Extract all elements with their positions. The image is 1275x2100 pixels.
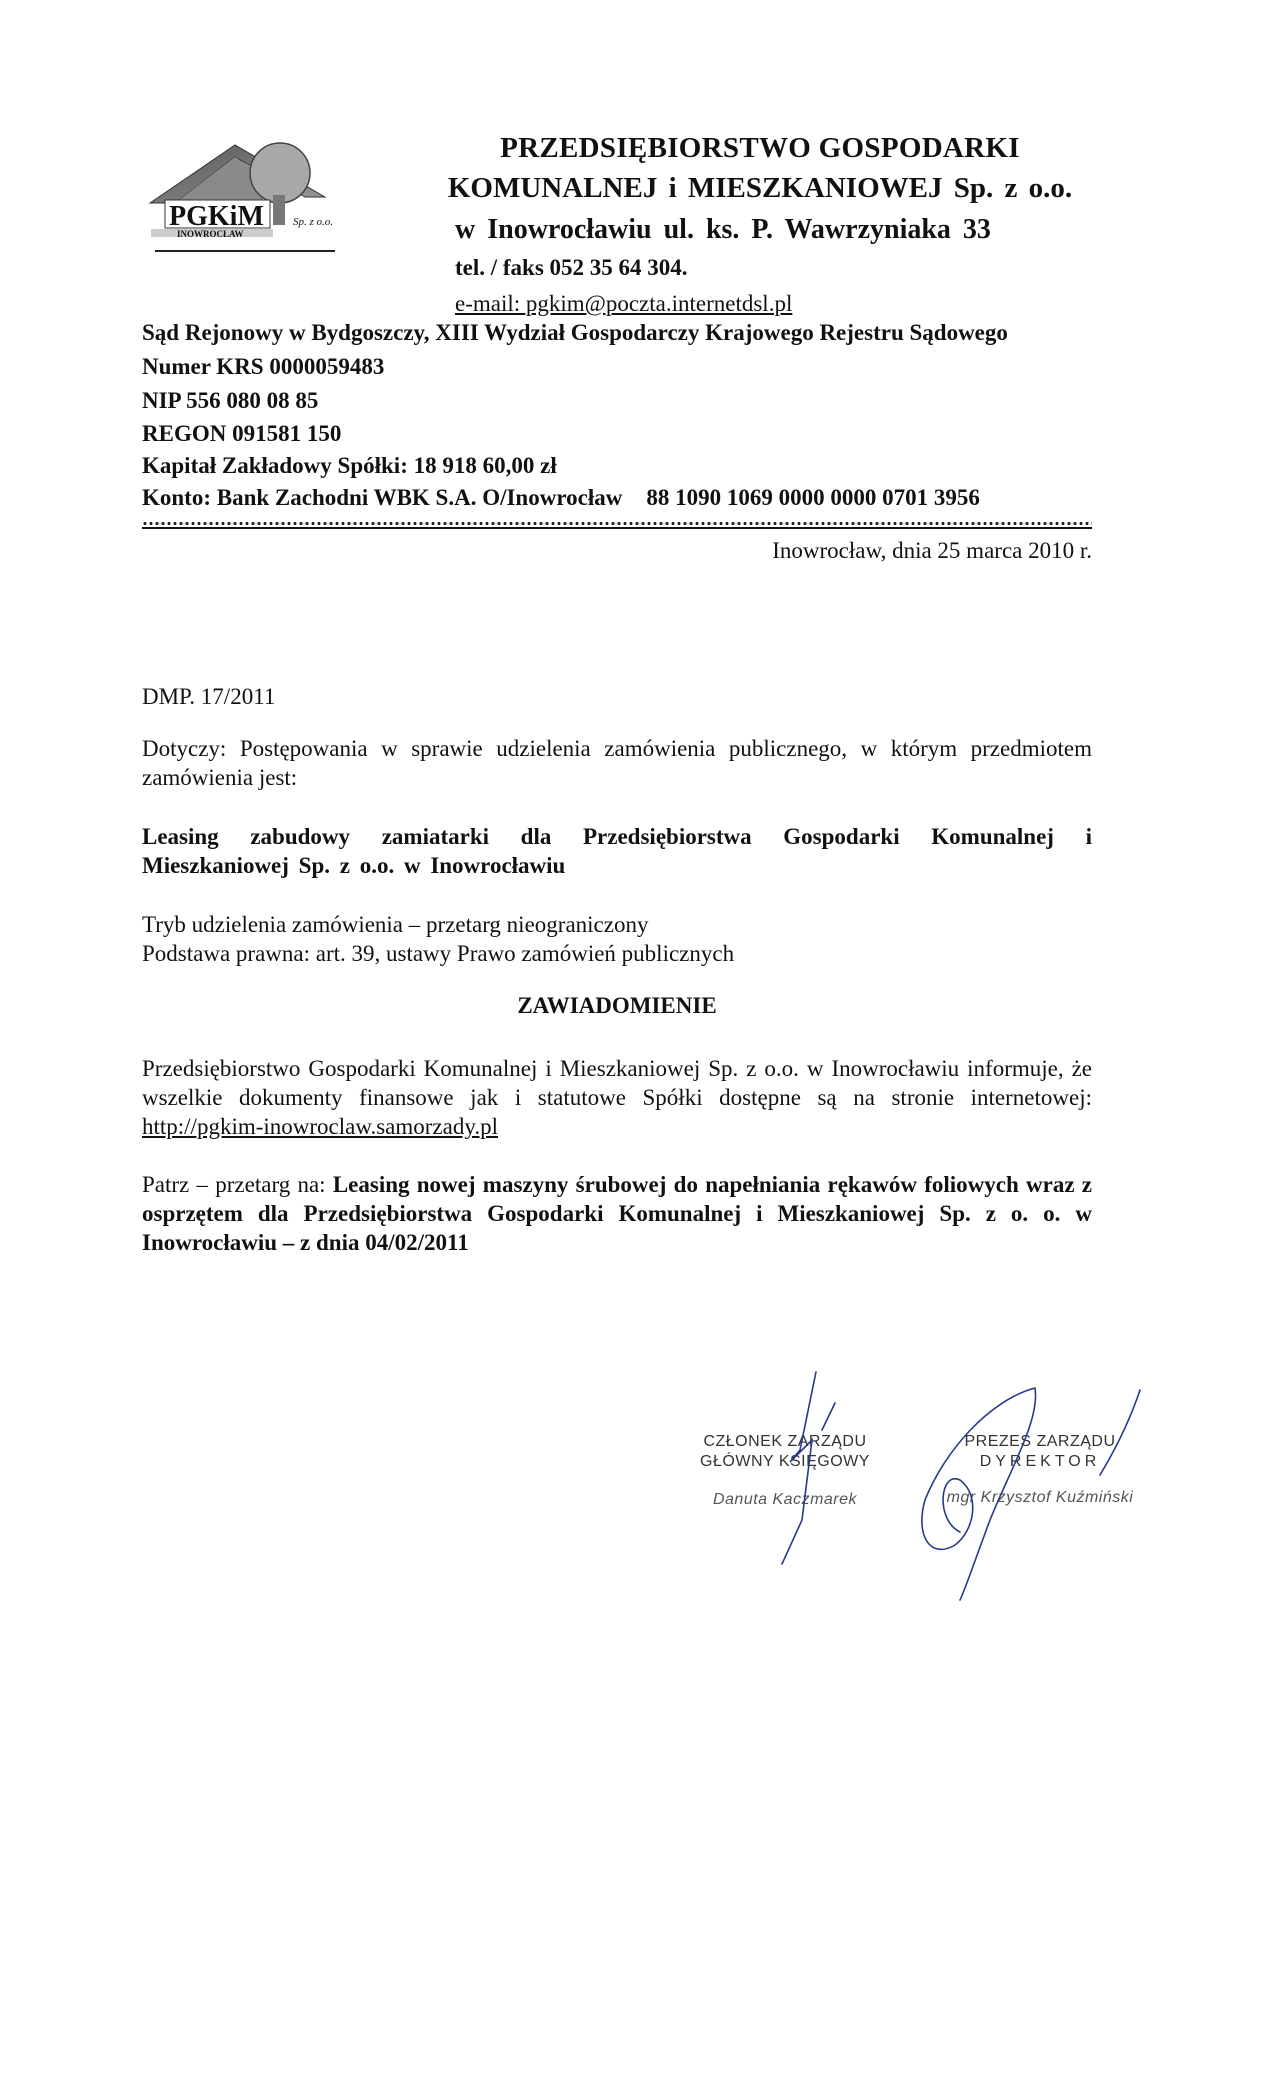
registry-bank-row: Konto: Bank Zachodni WBK S.A. O/Inowrocł… (142, 485, 980, 511)
stamp-subtitle: GŁÓWNY KSIĘGOWY (680, 1452, 890, 1472)
letterhead-line-1: PRZEDSIĘBIORSTWO GOSPODARKI (420, 132, 1100, 165)
letterhead-line-2: KOMUNALNEJ i MIESZKANIOWEJ Sp. z o.o. (420, 172, 1100, 205)
stamp-name: Danuta Kaczmarek (680, 1490, 890, 1510)
notice-heading: ZAWIADOMIENIE (142, 993, 1092, 1019)
reference-number: DMP. 17/2011 (142, 682, 1092, 711)
registry-nip: NIP 556 080 08 85 (142, 388, 318, 414)
separator-line (142, 527, 1092, 529)
dotted-separator (142, 522, 1092, 525)
see-also-paragraph: Patrz – przetarg na: Leasing nowej maszy… (142, 1170, 1092, 1257)
website-link[interactable]: http://pgkim-inowroclaw.samorzady.pl (142, 1114, 498, 1139)
registry-bank: Konto: Bank Zachodni WBK S.A. O/Inowrocł… (142, 485, 622, 510)
info-paragraph: Przedsiębiorstwo Gospodarki Komunalnej i… (142, 1054, 1092, 1141)
document-date: Inowrocław, dnia 25 marca 2010 r. (772, 538, 1092, 564)
house-and-tree-logo-icon: PGKiM Sp. z o.o. INOWROCŁAW (145, 125, 335, 255)
logo-divider (155, 250, 335, 252)
stamp-title: CZŁONEK ZARZĄDU (680, 1432, 890, 1452)
procedure-block: Tryb udzielenia zamówienia – przetarg ni… (142, 910, 1092, 968)
svg-text:INOWROCŁAW: INOWROCŁAW (177, 229, 244, 239)
dotyczy-paragraph: Dotyczy: Postępowania w sprawie udzielen… (142, 734, 1092, 792)
stamp-chief-accountant: CZŁONEK ZARZĄDU GŁÓWNY KSIĘGOWY Danuta K… (680, 1432, 890, 1510)
company-logo: PGKiM Sp. z o.o. INOWROCŁAW (145, 125, 335, 255)
registry-krs: Numer KRS 0000059483 (142, 354, 384, 380)
letterhead-phone: tel. / faks 052 35 64 304. (455, 255, 1135, 281)
registry-capital: Kapitał Zakładowy Spółki: 18 918 60,00 z… (142, 453, 557, 479)
stamp-title: PREZES ZARZĄDU (935, 1432, 1145, 1452)
stamp-name: mgr Krzysztof Kuźmiński (935, 1488, 1145, 1508)
registry-court: Sąd Rejonowy w Bydgoszczy, XIII Wydział … (142, 320, 1008, 346)
letterhead-email[interactable]: e-mail: pgkim@poczta.internetdsl.pl (455, 291, 1135, 317)
subject-paragraph: Leasing zabudowy zamiatarki dla Przedsię… (142, 822, 1092, 880)
stamp-president: PREZES ZARZĄDU DYREKTOR mgr Krzysztof Ku… (935, 1432, 1145, 1508)
registry-account: 88 1090 1069 0000 0000 0701 3956 (646, 485, 980, 510)
letterhead-address: w Inowrocławiu ul. ks. P. Wawrzyniaka 33 (455, 214, 1135, 246)
legal-basis: Podstawa prawna: art. 39, ustawy Prawo z… (142, 939, 1092, 968)
svg-text:PGKiM: PGKiM (169, 201, 264, 232)
registry-regon: REGON 091581 150 (142, 421, 341, 447)
info-text: Przedsiębiorstwo Gospodarki Komunalnej i… (142, 1056, 1092, 1110)
see-also-prefix: Patrz – przetarg na: (142, 1172, 333, 1197)
svg-text:Sp. z o.o.: Sp. z o.o. (293, 216, 333, 228)
stamp-subtitle: DYREKTOR (935, 1452, 1145, 1472)
procedure-mode: Tryb udzielenia zamówienia – przetarg ni… (142, 910, 1092, 939)
